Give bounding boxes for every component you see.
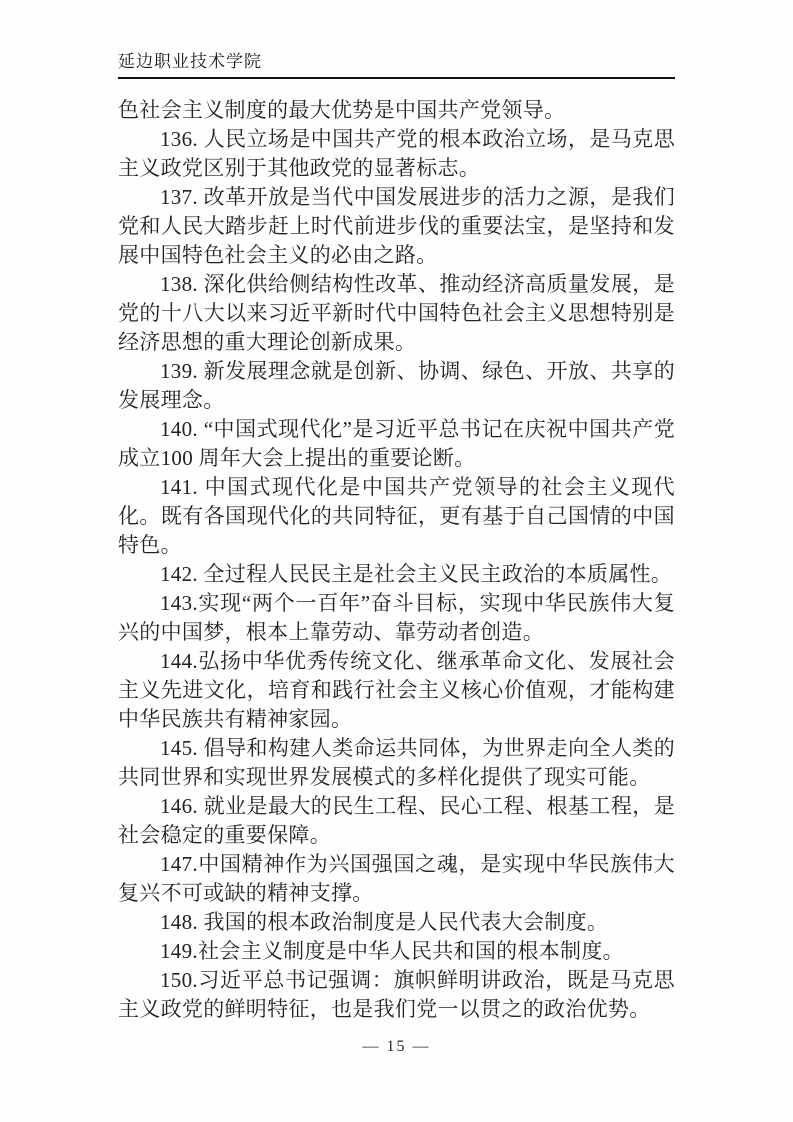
paragraph-item-140: 140. “中国式现代化”是习近平总书记在庆祝中国共产党成立100 周年大会上提… [118, 415, 675, 473]
page-footer: — 15 — [0, 1038, 793, 1056]
paragraph-item-143: 143.实现“两个一百年”奋斗目标，实现中华民族伟大复兴的中国梦，根本上靠劳动、… [118, 589, 675, 647]
paragraph-item-146: 146. 就业是最大的民生工程、民心工程、根基工程，是社会稳定的重要保障。 [118, 792, 675, 850]
paragraph-item-148: 148. 我国的根本政治制度是人民代表大会制度。 [118, 908, 675, 937]
paragraph-item-149: 149.社会主义制度是中华人民共和国的根本制度。 [118, 937, 675, 966]
header-school-name: 延边职业技术学院 [118, 52, 675, 79]
paragraph-item-139: 139. 新发展理念就是创新、协调、绿色、开放、共享的发展理念。 [118, 357, 675, 415]
paragraph-item-150: 150.习近平总书记强调：旗帜鲜明讲政治，既是马克思主义政党的鲜明特征，也是我们… [118, 966, 675, 1024]
page-number: — 15 — [363, 1038, 431, 1055]
paragraph-item-142: 142. 全过程人民民主是社会主义民主政治的本质属性。 [118, 560, 675, 589]
paragraph-item-147: 147.中国精神作为兴国强国之魂，是实现中华民族伟大复兴不可或缺的精神支撑。 [118, 850, 675, 908]
paragraph-item-136: 136. 人民立场是中国共产党的根本政治立场，是马克思主义政党区别于其他政党的显… [118, 125, 675, 183]
paragraph-item-144: 144.弘扬中华优秀传统文化、继承革命文化、发展社会主义先进文化，培育和践行社会… [118, 647, 675, 734]
page-header: 延边职业技术学院 [118, 52, 675, 79]
paragraph-continuation-135: 色社会主义制度的最大优势是中国共产党领导。 [118, 96, 675, 125]
document-body: 色社会主义制度的最大优势是中国共产党领导。 136. 人民立场是中国共产党的根本… [118, 96, 675, 1024]
paragraph-item-138: 138. 深化供给侧结构性改革、推动经济高质量发展，是党的十八大以来习近平新时代… [118, 270, 675, 357]
paragraph-item-145: 145. 倡导和构建人类命运共同体，为世界走向全人类的共同世界和实现世界发展模式… [118, 734, 675, 792]
document-page: 延边职业技术学院 色社会主义制度的最大优势是中国共产党领导。 136. 人民立场… [0, 0, 793, 1122]
paragraph-item-137: 137. 改革开放是当代中国发展进步的活力之源，是我们党和人民大踏步赶上时代前进… [118, 183, 675, 270]
paragraph-item-141: 141. 中国式现代化是中国共产党领导的社会主义现代化。既有各国现代化的共同特征… [118, 473, 675, 560]
